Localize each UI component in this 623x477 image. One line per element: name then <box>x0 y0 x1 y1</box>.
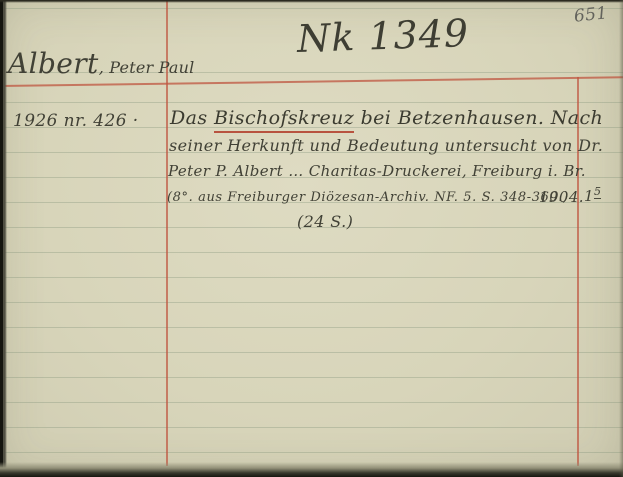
ruled-line <box>0 452 623 453</box>
title-post: bei Betzenhausen. <box>354 107 544 129</box>
ruled-line <box>0 277 623 278</box>
price-value: 1 <box>584 187 594 205</box>
catalog-card: 651 Nk 1349 Albert, Peter Paul 1926 nr. … <box>0 0 623 477</box>
scan-edge-top <box>0 0 623 3</box>
ruled-line <box>0 302 623 303</box>
accession-number: 1926 nr. 426 · <box>13 111 139 131</box>
ruled-line <box>0 352 623 353</box>
collation-line: (8°. aus Freiburger Diözesan-Archiv. NF.… <box>167 190 569 205</box>
scan-edge-bottom <box>0 462 623 477</box>
ruled-line <box>0 402 623 403</box>
title-tail: Nach <box>544 107 603 129</box>
author-forenames: , Peter Paul <box>99 58 195 77</box>
ruled-line <box>0 252 623 253</box>
page-corner-number: 651 <box>573 3 609 26</box>
pagination-note: (24 S.) <box>297 212 353 231</box>
ruled-line <box>0 102 623 103</box>
publication-year: 1904. <box>539 188 584 206</box>
price-note: 15 <box>584 185 601 205</box>
author-heading: Albert, Peter Paul <box>8 47 194 80</box>
entry-line-2: seiner Herkunft und Bedeutung untersucht… <box>169 136 603 155</box>
entry-line-3: Peter P. Albert … Charitas-Druckerei, Fr… <box>168 162 586 180</box>
ruled-line <box>0 8 623 9</box>
price-superscript: 5 <box>594 185 601 199</box>
ruled-line <box>0 377 623 378</box>
author-surname: Albert <box>8 47 99 80</box>
ruled-line <box>0 327 623 328</box>
shelfmark: Nk 1349 <box>296 11 469 61</box>
ruled-line <box>0 427 623 428</box>
title-keyword-underlined: Bischofskreuz <box>214 107 354 133</box>
title-pre: Das <box>170 107 214 129</box>
title-line: Das Bischofskreuz bei Betzenhausen. Nach <box>170 107 603 129</box>
